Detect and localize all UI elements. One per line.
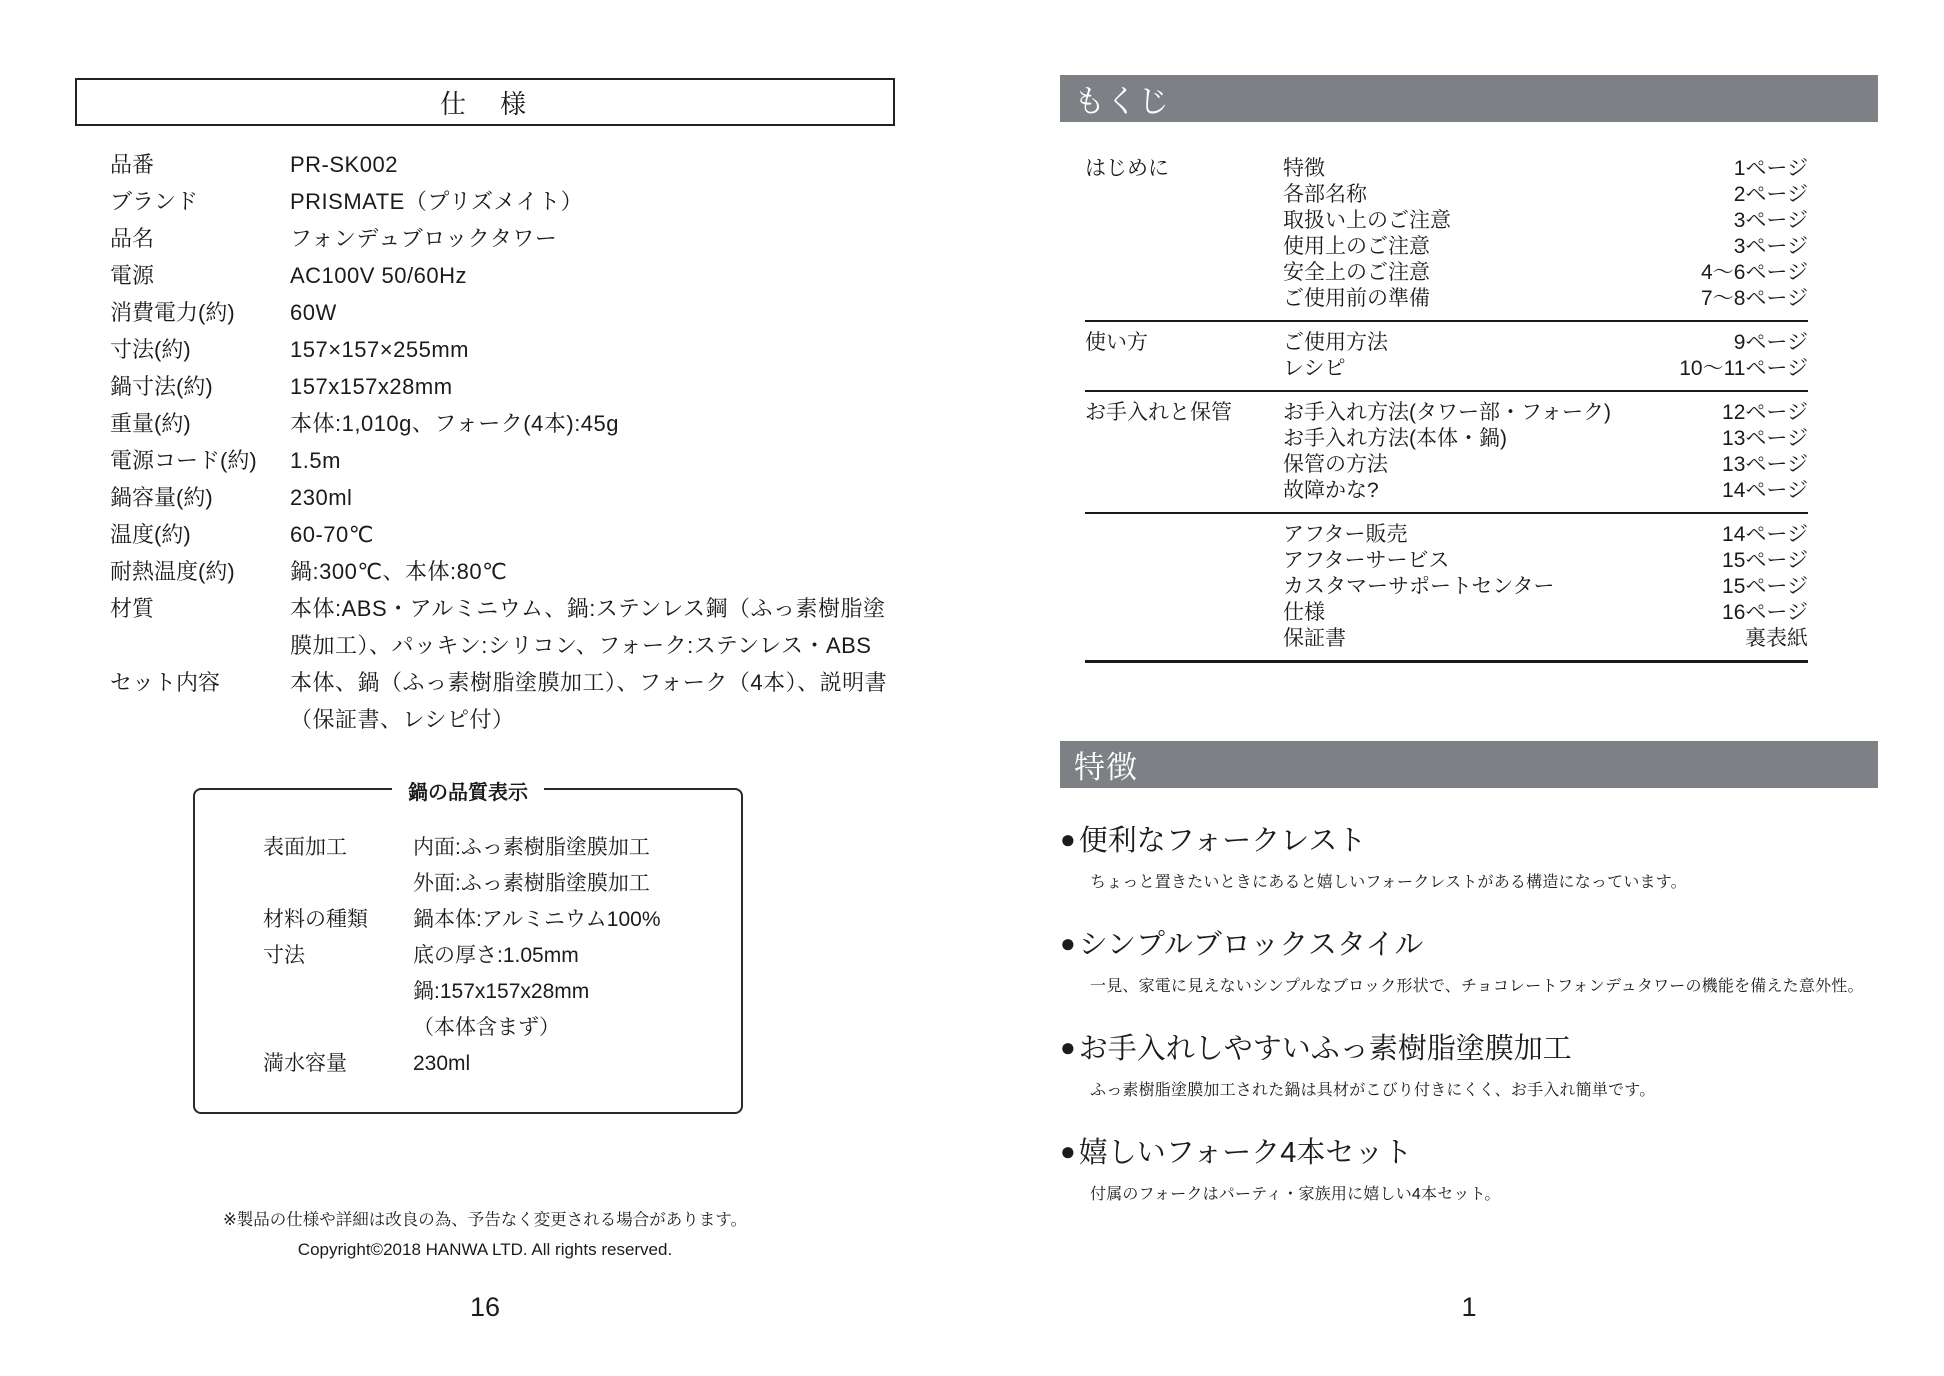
toc-item-label: アフターサービス	[1283, 548, 1450, 574]
toc-item-page: 3ページ	[1734, 208, 1808, 234]
spec-row: 重量(約)本体:1,010g、フォーク(4本):45g	[75, 405, 895, 442]
spec-value: 60W	[290, 294, 895, 331]
toc-item-page: 14ページ	[1722, 522, 1808, 548]
toc-item-page: 3ページ	[1734, 234, 1808, 260]
toc-item: カスタマーサポートセンター15ページ	[1283, 574, 1808, 600]
spec-label: 品名	[110, 220, 290, 257]
feature-title-text: 便利なフォークレスト	[1079, 818, 1367, 859]
feature-desc: 一見、家電に見えないシンプルなブロック形状で、チョコレートフォンデュタワーの機能…	[1090, 973, 1878, 996]
spec-row: 品名フォンデュブロックタワー	[75, 220, 895, 257]
spec-label: 鍋寸法(約)	[110, 368, 290, 405]
toc-item-page: 15ページ	[1722, 548, 1808, 574]
spec-label: 消費電力(約)	[110, 294, 290, 331]
feature-title-text: お手入れしやすいふっ素樹脂塗膜加工	[1079, 1026, 1572, 1067]
toc-features-page: もくじ はじめに特徴1ページ各部名称2ページ取扱い上のご注意3ページ使用上のご注…	[1060, 0, 1878, 1376]
spec-value: AC100V 50/60Hz	[290, 257, 895, 294]
toc-item-label: ご使用前の準備	[1283, 286, 1430, 312]
toc-item-label: ご使用方法	[1283, 330, 1388, 356]
spec-label: 材質	[110, 590, 290, 664]
spec-label: 鍋容量(約)	[110, 479, 290, 516]
spec-value: 230ml	[290, 479, 895, 516]
spec-value: 鍋:300℃、本体:80℃	[290, 553, 895, 590]
toc-item-page: 16ページ	[1722, 600, 1808, 626]
toc-section-label: はじめに	[1085, 156, 1283, 312]
toc-group: アフター販売14ページアフターサービス15ページカスタマーサポートセンター15ペ…	[1085, 512, 1808, 660]
toc-item: ご使用前の準備7〜8ページ	[1283, 286, 1808, 312]
toc-item-label: 取扱い上のご注意	[1283, 208, 1451, 234]
toc-item-page: 15ページ	[1722, 574, 1808, 600]
toc-item-page: 10〜11ページ	[1679, 356, 1808, 382]
toc-item-label: お手入れ方法(タワー部・フォーク)	[1283, 400, 1611, 426]
toc-item: ご使用方法9ページ	[1283, 330, 1808, 356]
toc-item-label: 安全上のご注意	[1283, 260, 1430, 286]
toc-item-page: 9ページ	[1734, 330, 1808, 356]
toc-item: 使用上のご注意3ページ	[1283, 234, 1808, 260]
right-page-number: 1	[1060, 1292, 1878, 1323]
toc-item-page: 13ページ	[1722, 452, 1808, 478]
spec-row: 鍋寸法(約)157x157x28mm	[75, 368, 895, 405]
toc-group: はじめに特徴1ページ各部名称2ページ取扱い上のご注意3ページ使用上のご注意3ペー…	[1085, 148, 1808, 320]
bullet-icon: ●	[1060, 1034, 1076, 1060]
toc-item: 保証書裏表紙	[1283, 626, 1808, 652]
feature-title: ●便利なフォークレスト	[1060, 818, 1878, 859]
toc-item-label: レシピ	[1283, 356, 1345, 382]
spec-row: 消費電力(約)60W	[75, 294, 895, 331]
pot-quality-box-title: 鍋の品質表示	[392, 776, 544, 805]
spec-row: 寸法(約)157×157×255mm	[75, 331, 895, 368]
spec-label: 寸法(約)	[110, 331, 290, 368]
spec-value: 本体:ABS・アルミニウム、鍋:ステンレス鋼（ふっ素樹脂塗膜加工）、パッキン:シ…	[290, 590, 895, 664]
toc-group: 使い方ご使用方法9ページレシピ10〜11ページ	[1085, 320, 1808, 390]
toc-section-label	[1085, 522, 1283, 652]
feature-item: ●シンプルブロックスタイル一見、家電に見えないシンプルなブロック形状で、チョコレ…	[1060, 922, 1878, 996]
feature-desc: ちょっと置きたいときにあると嬉しいフォークレストがある構造になっています。	[1090, 869, 1878, 892]
spec-row: セット内容本体、鍋（ふっ素樹脂塗膜加工）、フォーク（4本）、説明書（保証書、レシ…	[75, 664, 895, 738]
toc-item-label: 保管の方法	[1283, 452, 1388, 478]
spec-footnote: ※製品の仕様や詳細は改良の為、予告なく変更される場合があります。	[75, 1206, 895, 1230]
toc-item-page: 12ページ	[1722, 400, 1808, 426]
quality-row-value-line: 内面:ふっ素樹脂塗膜加工	[413, 830, 721, 866]
spec-list: 品番PR-SK002ブランドPRISMATE（プリズメイト）品名フォンデュブロッ…	[75, 146, 895, 738]
spec-row: 鍋容量(約)230ml	[75, 479, 895, 516]
feature-title-text: 嬉しいフォーク4本セット	[1079, 1130, 1413, 1171]
spec-label: 重量(約)	[110, 405, 290, 442]
toc-item-label: 保証書	[1283, 626, 1346, 652]
spec-value: 本体、鍋（ふっ素樹脂塗膜加工）、フォーク（4本）、説明書（保証書、レシピ付）	[290, 664, 895, 738]
feature-desc: ふっ素樹脂塗膜加工された鍋は具材がこびり付きにくく、お手入れ簡単です。	[1090, 1077, 1878, 1100]
feature-title-text: シンプルブロックスタイル	[1079, 922, 1424, 963]
bullet-icon: ●	[1060, 930, 1076, 956]
toc-section-label: お手入れと保管	[1085, 400, 1283, 504]
toc-item: アフター販売14ページ	[1283, 522, 1808, 548]
spec-page: 仕 様 品番PR-SK002ブランドPRISMATE（プリズメイト）品名フォンデ…	[75, 0, 895, 1376]
manual-spread: { "left_page": { "title": "仕 様", "specs"…	[0, 0, 1944, 1376]
spec-label: 品番	[110, 146, 290, 183]
toc-item-label: アフター販売	[1283, 522, 1408, 548]
spec-label: 耐熱温度(約)	[110, 553, 290, 590]
quality-row-label: 満水容量	[263, 1046, 413, 1082]
quality-row-label: 材料の種類	[263, 902, 413, 938]
toc-item-page: 7〜8ページ	[1701, 286, 1808, 312]
spec-row: 温度(約)60-70℃	[75, 516, 895, 553]
toc-item-label: 仕様	[1283, 600, 1325, 626]
spec-row: 材質本体:ABS・アルミニウム、鍋:ステンレス鋼（ふっ素樹脂塗膜加工）、パッキン…	[75, 590, 895, 664]
toc-item-list: 特徴1ページ各部名称2ページ取扱い上のご注意3ページ使用上のご注意3ページ安全上…	[1283, 156, 1808, 312]
toc-item-label: 使用上のご注意	[1283, 234, 1430, 260]
quality-row-values: 鍋本体:アルミニウム100%	[413, 902, 721, 938]
spec-row: ブランドPRISMATE（プリズメイト）	[75, 183, 895, 220]
toc-item-list: アフター販売14ページアフターサービス15ページカスタマーサポートセンター15ペ…	[1283, 522, 1808, 652]
bullet-icon: ●	[1060, 826, 1076, 852]
spec-value: 本体:1,010g、フォーク(4本):45g	[290, 405, 895, 442]
spec-value: フォンデュブロックタワー	[290, 220, 895, 257]
quality-row-label: 表面加工	[263, 830, 413, 902]
toc-header-bar: もくじ	[1060, 75, 1878, 122]
spec-row: 耐熱温度(約)鍋:300℃、本体:80℃	[75, 553, 895, 590]
spec-title-box: 仕 様	[75, 78, 895, 126]
copyright-line: Copyright©2018 HANWA LTD. All rights res…	[75, 1240, 895, 1260]
toc-item: 特徴1ページ	[1283, 156, 1808, 182]
toc-item: レシピ10〜11ページ	[1283, 356, 1808, 382]
spec-row: 電源AC100V 50/60Hz	[75, 257, 895, 294]
quality-row: 表面加工内面:ふっ素樹脂塗膜加工外面:ふっ素樹脂塗膜加工	[263, 830, 721, 902]
toc-item: 保管の方法13ページ	[1283, 452, 1808, 478]
feature-item: ●嬉しいフォーク4本セット付属のフォークはパーティ・家族用に嬉しい4本セット。	[1060, 1130, 1878, 1204]
spec-page-title: 仕 様	[440, 84, 530, 121]
feature-item: ●便利なフォークレストちょっと置きたいときにあると嬉しいフォークレストがある構造…	[1060, 818, 1878, 892]
toc-item-list: ご使用方法9ページレシピ10〜11ページ	[1283, 330, 1808, 382]
toc-header-label: もくじ	[1074, 76, 1170, 121]
toc-item: 取扱い上のご注意3ページ	[1283, 208, 1808, 234]
toc-item-label: 特徴	[1283, 156, 1325, 182]
pot-quality-rows: 表面加工内面:ふっ素樹脂塗膜加工外面:ふっ素樹脂塗膜加工材料の種類鍋本体:アルミ…	[263, 830, 721, 1082]
spec-row: 電源コード(約)1.5m	[75, 442, 895, 479]
toc-item: 仕様16ページ	[1283, 600, 1808, 626]
quality-row-value-line: （本体含まず）	[413, 1010, 721, 1046]
feature-title: ●シンプルブロックスタイル	[1060, 922, 1878, 963]
quality-row-values: 底の厚さ:1.05mm鍋:157x157x28mm（本体含まず）	[413, 938, 721, 1046]
toc-item: 各部名称2ページ	[1283, 182, 1808, 208]
quality-row-value-line: 鍋:157x157x28mm	[413, 974, 721, 1010]
spec-value: PRISMATE（プリズメイト）	[290, 183, 895, 220]
spec-label: ブランド	[110, 183, 290, 220]
feature-title: ●嬉しいフォーク4本セット	[1060, 1130, 1878, 1171]
quality-row-label: 寸法	[263, 938, 413, 1046]
quality-row-value-line: 230ml	[413, 1046, 721, 1082]
spec-label: 電源	[110, 257, 290, 294]
quality-row-values: 230ml	[413, 1046, 721, 1082]
spec-value: 157×157×255mm	[290, 331, 895, 368]
spec-value: 1.5m	[290, 442, 895, 479]
spec-label: 電源コード(約)	[110, 442, 290, 479]
left-page-number: 16	[75, 1292, 895, 1323]
toc-group: お手入れと保管お手入れ方法(タワー部・フォーク)12ページお手入れ方法(本体・鍋…	[1085, 390, 1808, 512]
toc-item: 故障かな?14ページ	[1283, 478, 1808, 504]
feature-item: ●お手入れしやすいふっ素樹脂塗膜加工ふっ素樹脂塗膜加工された鍋は具材がこびり付き…	[1060, 1026, 1878, 1100]
toc-item-page: 4〜6ページ	[1701, 260, 1808, 286]
toc-item-page: 2ページ	[1734, 182, 1808, 208]
quality-row: 材料の種類鍋本体:アルミニウム100%	[263, 902, 721, 938]
toc-item-page: 裏表紙	[1745, 626, 1808, 652]
toc-item-label: カスタマーサポートセンター	[1283, 574, 1555, 600]
toc-item: お手入れ方法(タワー部・フォーク)12ページ	[1283, 400, 1808, 426]
spec-value: PR-SK002	[290, 146, 895, 183]
quality-row-value-line: 外面:ふっ素樹脂塗膜加工	[413, 866, 721, 902]
features-header-label: 特徴	[1074, 742, 1138, 787]
spec-label: セット内容	[110, 664, 290, 738]
quality-row-value-line: 底の厚さ:1.05mm	[413, 938, 721, 974]
toc-item: 安全上のご注意4〜6ページ	[1283, 260, 1808, 286]
quality-row-values: 内面:ふっ素樹脂塗膜加工外面:ふっ素樹脂塗膜加工	[413, 830, 721, 902]
toc-item-list: お手入れ方法(タワー部・フォーク)12ページお手入れ方法(本体・鍋)13ページ保…	[1283, 400, 1808, 504]
toc-item: アフターサービス15ページ	[1283, 548, 1808, 574]
quality-row: 満水容量230ml	[263, 1046, 721, 1082]
toc-item-label: 故障かな?	[1283, 478, 1379, 504]
toc-item-label: お手入れ方法(本体・鍋)	[1283, 426, 1507, 452]
quality-row: 寸法底の厚さ:1.05mm鍋:157x157x28mm（本体含まず）	[263, 938, 721, 1046]
toc-section-label: 使い方	[1085, 330, 1283, 382]
spec-value: 157x157x28mm	[290, 368, 895, 405]
quality-row-value-line: 鍋本体:アルミニウム100%	[413, 902, 721, 938]
feature-desc: 付属のフォークはパーティ・家族用に嬉しい4本セット。	[1090, 1181, 1878, 1204]
toc-item-label: 各部名称	[1283, 182, 1367, 208]
pot-quality-box: 鍋の品質表示 表面加工内面:ふっ素樹脂塗膜加工外面:ふっ素樹脂塗膜加工材料の種類…	[193, 788, 743, 1114]
toc-item: お手入れ方法(本体・鍋)13ページ	[1283, 426, 1808, 452]
spec-row: 品番PR-SK002	[75, 146, 895, 183]
toc-item-page: 1ページ	[1734, 156, 1808, 182]
toc-item-page: 13ページ	[1722, 426, 1808, 452]
bullet-icon: ●	[1060, 1138, 1076, 1164]
features-list: ●便利なフォークレストちょっと置きたいときにあると嬉しいフォークレストがある構造…	[1060, 818, 1878, 1204]
toc-table: はじめに特徴1ページ各部名称2ページ取扱い上のご注意3ページ使用上のご注意3ペー…	[1085, 148, 1808, 663]
toc-item-page: 14ページ	[1722, 478, 1808, 504]
features-header-bar: 特徴	[1060, 741, 1878, 788]
spec-value: 60-70℃	[290, 516, 895, 553]
spec-label: 温度(約)	[110, 516, 290, 553]
feature-title: ●お手入れしやすいふっ素樹脂塗膜加工	[1060, 1026, 1878, 1067]
